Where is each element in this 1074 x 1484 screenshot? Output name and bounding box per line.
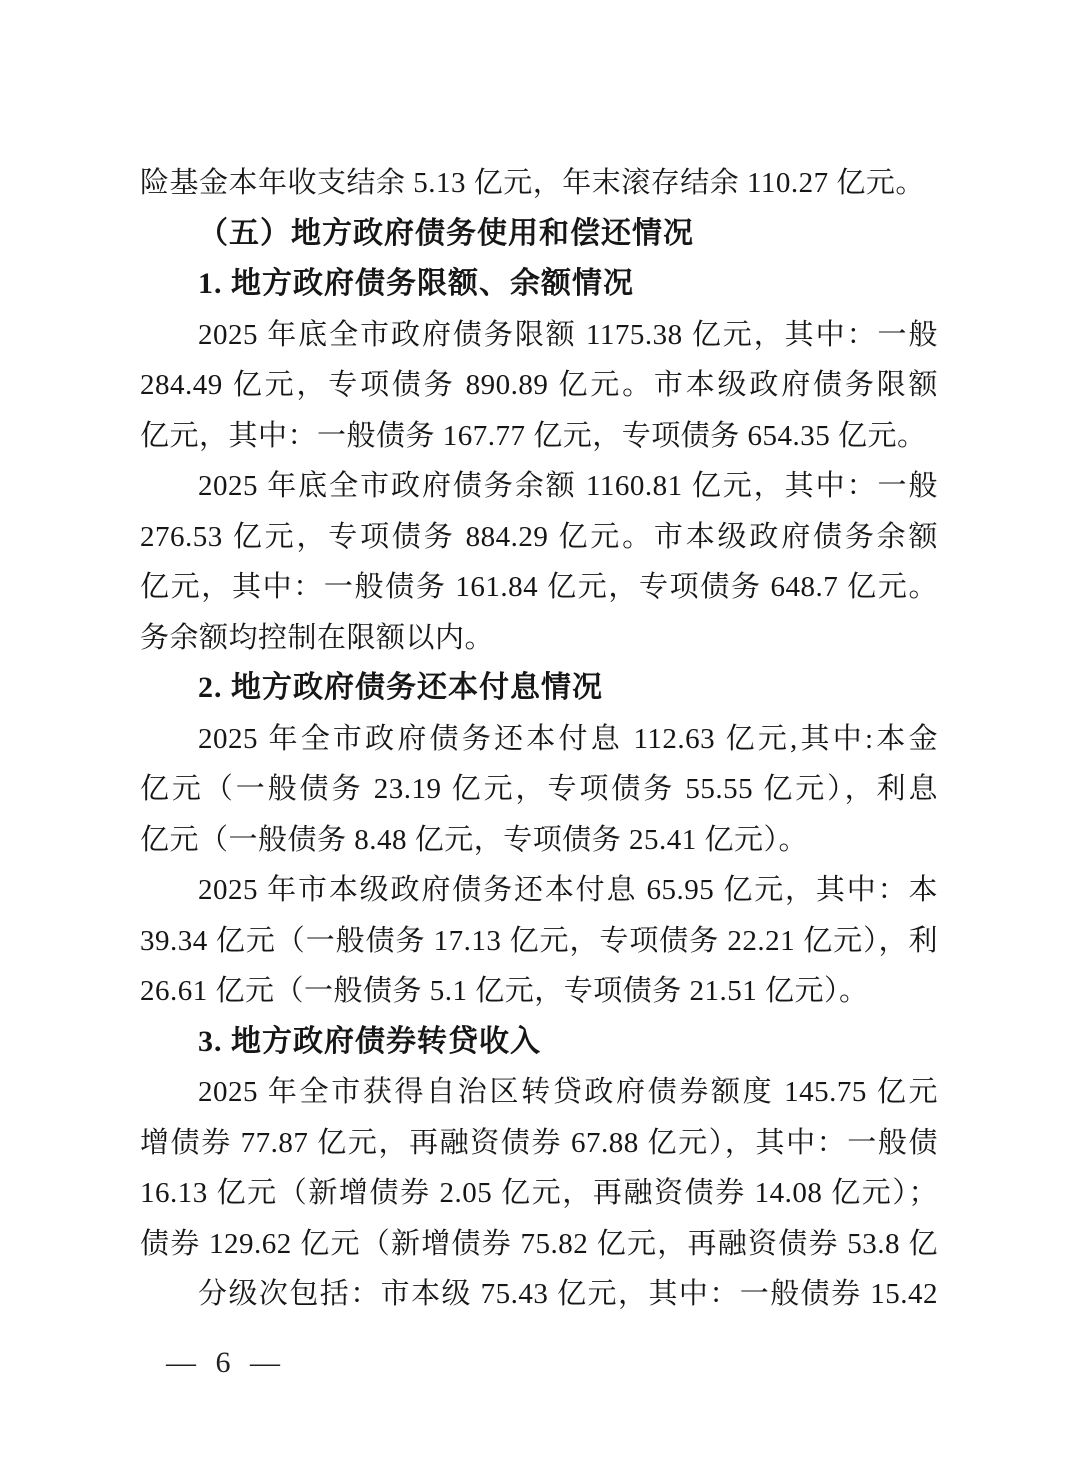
text-line: 务余额均控制在限额以内。 [140,613,938,664]
text-line: 债券 129.62 亿元（新增债券 75.82 亿元，再融资债券 53.8 亿元… [140,1219,938,1270]
subsection-heading: 2. 地方政府债务还本付息情况 [140,663,938,714]
text-line: 2025 年底全市政府债务余额 1160.81 亿元，其中：一般债务 [140,461,938,512]
text-line: 2025 年全市获得自治区转贷政府债券额度 145.75 亿元（新 [140,1067,938,1118]
text-line: 2025 年市本级政府债务还本付息 65.95 亿元，其中：本金 [140,865,938,916]
text-line: 亿元，其中：一般债务 161.84 亿元，专项债务 648.7 亿元。政府债 [140,562,938,613]
page-number: — 6 — [166,1338,286,1388]
text-line: 39.34 亿元（一般债务 17.13 亿元，专项债务 22.21 亿元），利息 [140,916,938,967]
subsection-heading: 1. 地方政府债务限额、余额情况 [140,259,938,310]
text-line: 276.53 亿元，专项债务 884.29 亿元。市本级政府债务余额 810.5… [140,512,938,563]
document-body: 险基金本年收支结余 5.13 亿元，年末滚存结余 110.27 亿元。 （五）地… [140,158,938,1320]
text-line: 亿元，其中：一般债务 167.77 亿元，专项债务 654.35 亿元。 [140,411,938,462]
section-heading: （五）地方政府债务使用和偿还情况 [140,209,938,260]
document-page: 险基金本年收支结余 5.13 亿元，年末滚存结余 110.27 亿元。 （五）地… [0,0,1074,1484]
text-line: 284.49 亿元，专项债务 890.89 亿元。市本级政府债务限额 822.1… [140,360,938,411]
text-line: 亿元（一般债务 8.48 亿元，专项债务 25.41 亿元）。 [140,815,938,866]
text-line: 险基金本年收支结余 5.13 亿元，年末滚存结余 110.27 亿元。 [140,158,938,209]
text-line: 亿元（一般债务 23.19 亿元，专项债务 55.55 亿元），利息 33.89 [140,764,938,815]
text-line: 16.13 亿元（新增债券 2.05 亿元，再融资债券 14.08 亿元）；专项 [140,1168,938,1219]
text-line: 2025 年底全市政府债务限额 1175.38 亿元，其中：一般债务 [140,310,938,361]
subsection-heading: 3. 地方政府债券转贷收入 [140,1017,938,1068]
text-line: 分级次包括：市本级 75.43 亿元，其中：一般债券 15.42 亿 [140,1269,938,1320]
text-line: 增债券 77.87 亿元，再融资债券 67.88 亿元），其中：一般债券 [140,1118,938,1169]
text-line: 26.61 亿元（一般债务 5.1 亿元，专项债务 21.51 亿元）。 [140,966,938,1017]
text-line: 2025 年全市政府债务还本付息 112.63 亿元,其中:本金 78.74 [140,714,938,765]
